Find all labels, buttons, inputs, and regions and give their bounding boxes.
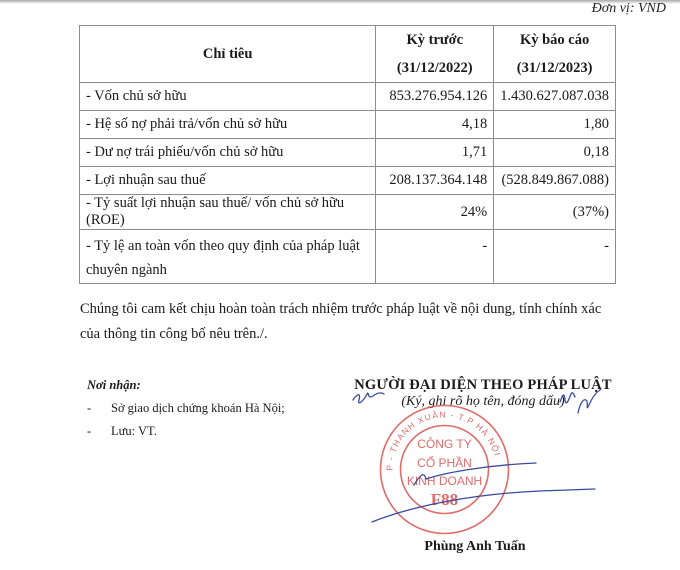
header-previous-date: (31/12/2022)	[380, 54, 489, 82]
header-previous-label: Kỳ trước	[380, 26, 489, 54]
table-row: - Vốn chủ sở hữu 853.276.954.126 1.430.6…	[80, 83, 616, 111]
row-label-roe: - Tỷ suất lợi nhuận sau thuế/ vốn chủ sở…	[80, 195, 376, 230]
table-row: - Dư nợ trái phiếu/vốn chủ sở hữu 1,71 0…	[80, 139, 616, 167]
recipient-item: - Sở giao dịch chứng khoán Hà Nội;	[87, 401, 285, 416]
stamp-line4: F88	[431, 490, 458, 509]
header-reporting-label: Kỳ báo cáo	[498, 26, 611, 54]
legal-representative-title: NGƯỜI ĐẠI DIỆN THEO PHÁP LUẬT	[348, 377, 618, 394]
row-value-current: 1.430.627.087.038	[494, 83, 616, 111]
row-label-bonds-to-equity: - Dư nợ trái phiếu/vốn chủ sở hữu	[80, 139, 376, 167]
currency-unit-label: Đơn vị: VND	[592, 1, 666, 17]
bullet-dash: -	[87, 424, 111, 439]
recipients-block: Nơi nhận: - Sở giao dịch chứng khoán Hà …	[87, 378, 285, 447]
row-value-current: -	[494, 230, 616, 284]
financial-indicators-table: Chỉ tiêu Kỳ trước (31/12/2022) Kỳ báo cá…	[79, 25, 616, 284]
row-value-previous: 1,71	[376, 139, 494, 167]
table-row: - Lợi nhuận sau thuế 208.137.364.148 (52…	[80, 167, 616, 195]
recipient-text: Lưu: VT.	[111, 424, 157, 439]
row-value-previous: 4,18	[376, 111, 494, 139]
recipients-heading: Nơi nhận:	[87, 378, 285, 393]
row-label-line2: chuyên ngành	[86, 258, 369, 282]
row-label-line1: - Tỷ lệ an toàn vốn theo quy định của ph…	[86, 234, 369, 258]
company-seal-stamp: CÔNG TY CỔ PHẦN KINH DOANH F88 M.S.D.N: …	[377, 402, 512, 537]
header-reporting-period: Kỳ báo cáo (31/12/2023)	[494, 26, 616, 83]
bullet-dash: -	[87, 401, 111, 416]
row-value-current: (528.849.867.088)	[494, 167, 616, 195]
header-previous-period: Kỳ trước (31/12/2022)	[376, 26, 494, 83]
header-reporting-date: (31/12/2023)	[498, 54, 611, 82]
table-row: - Tỷ suất lợi nhuận sau thuế/ vốn chủ sở…	[80, 195, 616, 230]
recipient-text: Sở giao dịch chứng khoán Hà Nội;	[111, 401, 285, 416]
stamp-line3: KINH DOANH	[407, 474, 482, 488]
page-top-edge	[0, 0, 680, 4]
row-value-current: 0,18	[494, 139, 616, 167]
row-label-equity: - Vốn chủ sở hữu	[80, 83, 376, 111]
commitment-statement: Chúng tôi cam kết chịu hoàn toàn trách n…	[80, 297, 625, 347]
table-row: - Tỷ lệ an toàn vốn theo quy định của ph…	[80, 230, 616, 284]
table-row: - Hệ số nợ phải trả/vốn chủ sở hữu 4,18 …	[80, 111, 616, 139]
table-header-row: Chỉ tiêu Kỳ trước (31/12/2022) Kỳ báo cá…	[80, 26, 616, 83]
row-label-capital-adequacy: - Tỷ lệ an toàn vốn theo quy định của ph…	[80, 230, 376, 284]
row-value-previous: -	[376, 230, 494, 284]
row-value-current: 1,80	[494, 111, 616, 139]
signer-name: Phùng Anh Tuấn	[400, 539, 550, 555]
stamp-line2: CỔ PHẦN	[417, 455, 472, 470]
header-indicator: Chỉ tiêu	[80, 26, 376, 83]
row-label-net-profit: - Lợi nhuận sau thuế	[80, 167, 376, 195]
row-label-debt-to-equity: - Hệ số nợ phải trả/vốn chủ sở hữu	[80, 111, 376, 139]
row-value-current: (37%)	[494, 195, 616, 230]
row-value-previous: 24%	[376, 195, 494, 230]
stamp-line1: CÔNG TY	[417, 436, 471, 451]
recipient-item: - Lưu: VT.	[87, 424, 285, 439]
row-value-previous: 208.137.364.148	[376, 167, 494, 195]
row-value-previous: 853.276.954.126	[376, 83, 494, 111]
